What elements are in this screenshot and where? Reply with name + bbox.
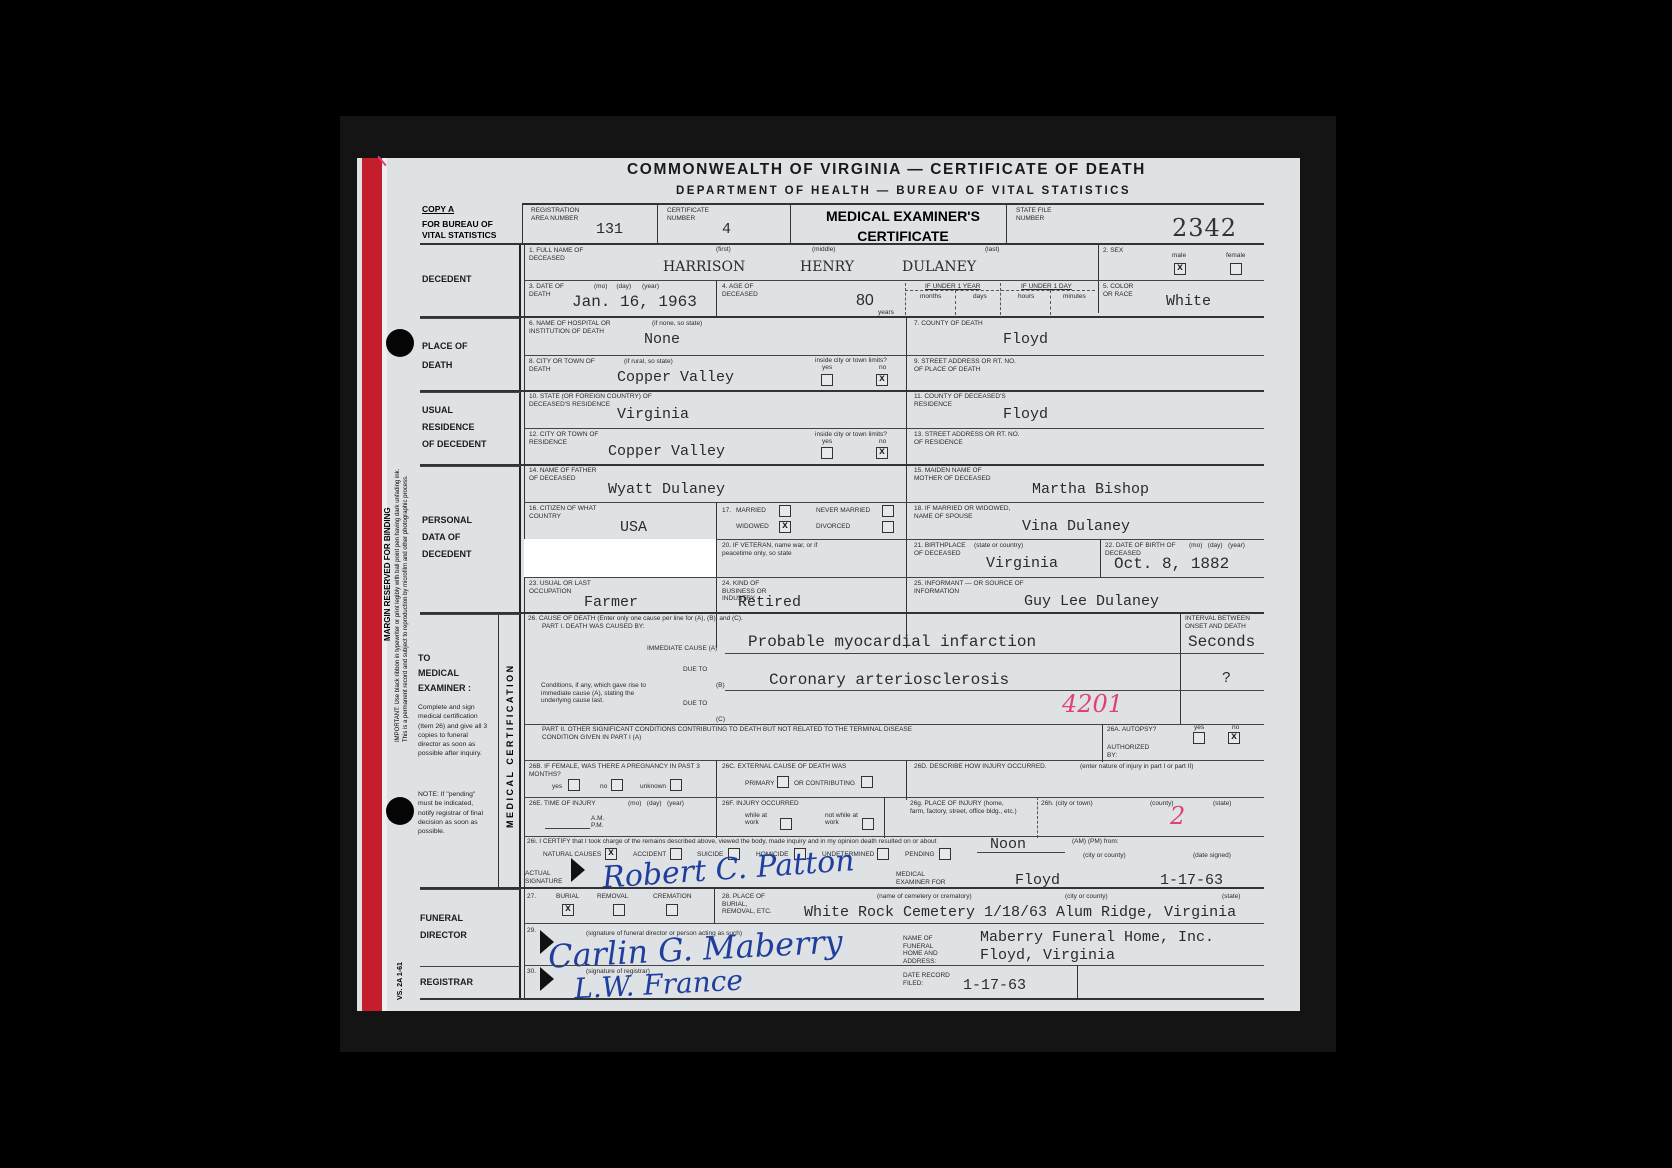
- rule: [1077, 965, 1078, 999]
- f26e-hints: (mo) (day) (year): [628, 800, 684, 807]
- rule: [1000, 283, 1001, 315]
- interval-b-value: ?: [1222, 670, 1231, 687]
- married-label: MARRIED: [736, 507, 766, 515]
- pregnancy-unknown-checkbox[interactable]: [670, 779, 682, 791]
- pregnancy-yes-checkbox[interactable]: [568, 779, 580, 791]
- copy-for-2: VITAL STATISTICS: [422, 230, 496, 240]
- rule: [524, 280, 1264, 281]
- time-of-death-value: Noon: [990, 836, 1026, 853]
- divorced-label: DIVORCED: [816, 523, 850, 531]
- rule: [1037, 797, 1038, 838]
- rule: [1180, 612, 1181, 724]
- autopsy-no-label: no: [1232, 724, 1239, 731]
- primary-checkbox[interactable]: [777, 776, 789, 788]
- interval-label: INTERVAL BETWEEN ONSET AND DEATH: [1185, 615, 1255, 630]
- contributing-checkbox[interactable]: [861, 776, 873, 788]
- section-decedent: DECEDENT: [422, 271, 472, 288]
- redacted-field: [524, 539, 716, 577]
- usual-residence-1: USUAL: [422, 402, 487, 419]
- personal-2: DATA OF: [422, 529, 472, 546]
- rule: [657, 203, 658, 243]
- f3-hints: (mo) (day) (year): [594, 283, 659, 290]
- to-me-3: EXAMINER :: [418, 681, 471, 696]
- birthplace-value: Virginia: [986, 555, 1058, 572]
- f26d-hint: (enter nature of injury in part I or par…: [1080, 763, 1193, 770]
- pregnancy-no-label: no: [600, 783, 607, 790]
- due-to-2: DUE TO: [683, 700, 707, 708]
- under-day-label: IF UNDER 1 DAY: [1021, 283, 1072, 290]
- rule: [524, 355, 1264, 356]
- rule: [498, 612, 499, 887]
- binding-strip: [362, 158, 382, 1011]
- rule: [420, 998, 1264, 1000]
- rule: [420, 318, 520, 319]
- rule: [1100, 539, 1101, 577]
- f26e-label: 26e. TIME OF INJURY: [529, 800, 596, 808]
- f8-limits-question: inside city or town limits?: [815, 357, 887, 364]
- f26h-city-label: 26h. (city or town): [1041, 800, 1093, 808]
- f26b-label: 26b. IF FEMALE, WAS THERE A PREGNANCY IN…: [529, 763, 709, 778]
- cause-code-annotation: 4201: [1062, 690, 1123, 718]
- margin-important-note: IMPORTANT: Use black ribbon in typewrite…: [395, 469, 401, 742]
- pending-label: PENDING: [905, 851, 935, 859]
- mother-name-value: Martha Bishop: [1032, 481, 1149, 498]
- rule: [420, 889, 520, 890]
- certificate-number-value: 4: [722, 221, 731, 238]
- rule: [420, 243, 1264, 245]
- f1-middle-hint: (middle): [812, 246, 835, 253]
- registration-area-value: 131: [596, 221, 623, 238]
- rule: [420, 612, 1264, 614]
- certificate-number-label: CERTIFICATE NUMBER: [667, 207, 727, 222]
- rule: [1180, 653, 1264, 654]
- rule: [714, 887, 715, 923]
- f12-no-checkbox[interactable]: x: [876, 447, 888, 459]
- burial-label: BURIAL: [556, 893, 579, 901]
- middle-name: HENRY: [800, 259, 854, 275]
- date-signed-hint: (date signed): [1193, 852, 1231, 859]
- f16-label: 16. CITIZEN OF WHAT COUNTRY: [529, 505, 599, 520]
- occupation-value: Farmer: [584, 594, 638, 611]
- rule: [905, 290, 1095, 291]
- registrar-signature-arrow-icon: [540, 967, 554, 991]
- rule: [1098, 243, 1099, 313]
- punch-hole: [386, 329, 414, 357]
- funeral-home-label: NAME OF FUNERAL HOME AND ADDRESS:: [903, 935, 953, 965]
- authorized-by-label: AUTHORIZED BY:: [1107, 744, 1157, 759]
- female-label: female: [1226, 252, 1246, 260]
- while-at-work-checkbox[interactable]: [780, 818, 792, 830]
- f14-label: 14. NAME OF FATHER OF DECEASED: [529, 467, 599, 482]
- residence-city-value: Copper Valley: [608, 443, 725, 460]
- cause-b-value: Coronary arteriosclerosis: [769, 671, 1009, 689]
- rule: [1050, 290, 1051, 315]
- copy-for-1: FOR BUREAU OF: [422, 219, 493, 229]
- hospital-value: None: [644, 331, 680, 348]
- due-to-1: DUE TO: [683, 666, 707, 674]
- f26g-label: 26g. PLACE OF INJURY (home, farm, factor…: [910, 800, 1020, 815]
- days-label: days: [973, 293, 987, 300]
- rule: [519, 243, 521, 999]
- section-to-me: TO MEDICAL EXAMINER :: [418, 651, 471, 696]
- f1-first-hint: (first): [716, 246, 731, 253]
- rule: [524, 577, 1264, 578]
- rule: [977, 852, 1065, 853]
- f12-yes-label: yes: [822, 438, 832, 445]
- form-type: MEDICAL EXAMINER'S CERTIFICATE: [800, 206, 1006, 246]
- form-type-line1: MEDICAL EXAMINER'S: [800, 206, 1006, 226]
- usual-residence-3: OF DECEDENT: [422, 436, 487, 453]
- f28-state-hint: (state): [1222, 893, 1240, 900]
- f6-hint: (if none, so state): [652, 320, 702, 327]
- widowed-checkbox[interactable]: x: [779, 521, 791, 533]
- sex-female-checkbox[interactable]: [1230, 263, 1242, 275]
- rule: [716, 760, 717, 838]
- f12-label: 12. CITY OR TOWN OF RESIDENCE: [529, 431, 599, 446]
- section-usual-residence: USUAL RESIDENCE OF DECEDENT: [422, 402, 487, 453]
- state-file-label: STATE FILE NUMBER: [1016, 207, 1056, 222]
- f26i-label: 26i. I CERTIFY that I took charge of the…: [527, 838, 997, 846]
- removal-checkbox[interactable]: [613, 904, 625, 916]
- divorced-checkbox[interactable]: [882, 521, 894, 533]
- registration-area-label: REGISTRATION AREA NUMBER: [531, 207, 591, 222]
- spouse-name-value: Vina Dulaney: [1022, 518, 1130, 535]
- rule: [420, 390, 1264, 392]
- residence-county-value: Floyd: [1003, 406, 1048, 423]
- f1-label: 1. FULL NAME OF DECEASED: [529, 247, 599, 262]
- f26d-label: 26d. DESCRIBE HOW INJURY OCCURRED.: [914, 763, 1047, 771]
- rule: [522, 203, 523, 243]
- rule: [524, 797, 1264, 798]
- rule: [524, 836, 1264, 837]
- f6-label: 6. NAME OF HOSPITAL OR INSTITUTION OF DE…: [529, 320, 619, 335]
- form-code: VS. 2A 1-61: [397, 962, 404, 1000]
- last-name: DULANEY: [902, 259, 976, 275]
- burial-checkbox[interactable]: x: [562, 904, 574, 916]
- f28-cemetery-hint: (name of cemetery or crematory): [877, 893, 972, 900]
- months-label: months: [920, 293, 941, 300]
- cremation-checkbox[interactable]: [666, 904, 678, 916]
- copy-label: COPY A: [422, 204, 454, 214]
- rule: [716, 502, 717, 648]
- cause-b-marker: (B): [716, 682, 725, 690]
- father-name-value: Wyatt Dulaney: [608, 481, 725, 498]
- personal-3: DECEDENT: [422, 546, 472, 563]
- injury-annotation: 2: [1170, 802, 1185, 830]
- rule: [420, 966, 520, 967]
- male-label: male: [1172, 252, 1186, 260]
- section-registrar: REGISTRAR: [420, 974, 473, 991]
- f9-label: 9. STREET ADDRESS OR RT. NO. OF PLACE OF…: [914, 358, 1024, 373]
- f26c-label: 26c. EXTERNAL CAUSE OF DEATH WAS: [722, 763, 846, 771]
- autopsy-yes-label: yes: [1194, 724, 1204, 731]
- state-file-value: 2342: [1172, 214, 1237, 242]
- document-subtitle: DEPARTMENT OF HEALTH — BUREAU OF VITAL S…: [676, 185, 1131, 197]
- rule: [524, 502, 1264, 503]
- f8-yes-checkbox[interactable]: [821, 374, 833, 386]
- f21-label: 21. BIRTHPLACE OF DECEASED: [914, 542, 974, 557]
- f13-label: 13. STREET ADDRESS OR RT. NO. OF RESIDEN…: [914, 431, 1024, 446]
- rule: [1006, 203, 1007, 243]
- section-place-of-death: PLACE OF DEATH: [422, 337, 468, 375]
- f12-yes-checkbox[interactable]: [821, 447, 833, 459]
- f11-label: 11. COUNTY OF DECEASED'S RESIDENCE: [914, 393, 1014, 408]
- sex-male-checkbox[interactable]: x: [1174, 263, 1186, 275]
- contributing-label: or CONTRIBUTING: [794, 780, 855, 788]
- minutes-label: minutes: [1063, 293, 1086, 300]
- county-of-death-value: Floyd: [1003, 331, 1048, 348]
- punch-hole: [386, 797, 414, 825]
- f23-label: 23. USUAL OR LAST OCCUPATION: [529, 580, 599, 595]
- rule: [420, 316, 1264, 318]
- rule: [905, 283, 906, 315]
- under-year-label: IF UNDER 1 YEAR: [925, 283, 981, 290]
- rule: [524, 428, 1264, 429]
- f12-no-label: no: [879, 438, 886, 445]
- document-title: COMMONWEALTH OF VIRGINIA — CERTIFICATE O…: [627, 161, 1146, 179]
- pregnancy-yes-label: yes: [552, 783, 562, 790]
- f8-label: 8. CITY OR TOWN OF DEATH: [529, 358, 599, 373]
- autopsy-yes-checkbox[interactable]: [1193, 732, 1205, 744]
- natural-causes-checkbox[interactable]: x: [605, 848, 617, 860]
- primary-label: PRIMARY: [745, 780, 775, 788]
- rule: [545, 828, 590, 829]
- f18-label: 18. IF MARRIED OR WIDOWED, NAME OF SPOUS…: [914, 505, 1024, 520]
- widowed-label: WIDOWED: [736, 523, 769, 531]
- business-value: Retired: [738, 594, 801, 611]
- to-me-note: Complete and sign medical certification …: [418, 703, 492, 759]
- place-of-death-1: PLACE OF: [422, 337, 468, 356]
- autopsy-no-checkbox[interactable]: x: [1228, 732, 1240, 744]
- f7-label: 7. COUNTY OF DEATH: [914, 320, 984, 328]
- not-while-at-work-checkbox[interactable]: [862, 818, 874, 830]
- rule: [420, 464, 1264, 466]
- f2-label: 2. SEX: [1103, 247, 1123, 255]
- f26-header: 26. CAUSE OF DEATH (Enter only one cause…: [528, 615, 1108, 623]
- married-checkbox[interactable]: [779, 505, 791, 517]
- interval-a-value: Seconds: [1188, 633, 1255, 651]
- pregnancy-no-checkbox[interactable]: [611, 779, 623, 791]
- age-value: 80: [856, 292, 874, 310]
- f21-hint: (state or country): [974, 542, 1023, 549]
- funeral-home-line1: Maberry Funeral Home, Inc.: [980, 929, 1214, 946]
- rule: [524, 965, 1264, 966]
- date-filed-label: DATE RECORD FILED:: [903, 972, 953, 987]
- f8-no-label: no: [879, 364, 886, 371]
- citizenship-value: USA: [620, 519, 647, 536]
- rule: [420, 614, 520, 615]
- rule: [716, 280, 717, 316]
- f28-city-hint: (city or county): [1065, 893, 1108, 900]
- section-funeral-director: FUNERAL DIRECTOR: [420, 910, 467, 944]
- rule: [906, 760, 907, 800]
- rule: [884, 797, 885, 838]
- never-married-label: NEVER MARRIED: [816, 507, 870, 515]
- cause-a-line: [725, 653, 1180, 654]
- pending-checkbox[interactable]: [939, 848, 951, 860]
- never-married-checkbox[interactable]: [882, 505, 894, 517]
- f27-label: 27.: [527, 893, 536, 901]
- me-for-label: MEDICAL EXAMINER FOR: [896, 871, 946, 886]
- not-while-at-work-label: not while at work: [825, 812, 859, 826]
- first-name: HARRISON: [663, 259, 745, 275]
- f26h-state-label: (state): [1213, 800, 1231, 808]
- place-of-burial-value: White Rock Cemetery 1/18/63 Alum Ridge, …: [804, 904, 1236, 921]
- autopsy-label: 26a. AUTOPSY?: [1107, 726, 1156, 734]
- part1-label: PART I. DEATH WAS CAUSED BY:: [542, 623, 645, 631]
- undetermined-checkbox[interactable]: [877, 848, 889, 860]
- while-at-work-label: while at work: [745, 812, 775, 826]
- f5-label: 5. COLOR OR RACE: [1103, 283, 1143, 298]
- rule: [420, 466, 520, 467]
- rule: [522, 203, 1264, 205]
- rule: [955, 290, 956, 315]
- f20-label: 20. IF VETERAN, name war, or if peacetim…: [722, 542, 832, 557]
- rule: [906, 316, 907, 392]
- f26f-label: 26f. INJURY OCCURRED: [722, 800, 799, 808]
- f22-hints: (mo) (day) (year): [1189, 542, 1245, 549]
- residence-state-value: Virginia: [617, 406, 689, 423]
- usual-residence-2: RESIDENCE: [422, 419, 487, 436]
- rule: [1180, 690, 1264, 691]
- rule: [524, 243, 525, 999]
- part2-label: PART II. OTHER SIGNIFICANT CONDITIONS CO…: [542, 726, 942, 741]
- f28-label: 28. PLACE OF BURIAL, REMOVAL, ETC.: [722, 893, 777, 916]
- removal-label: REMOVAL: [597, 893, 628, 901]
- f8-yes-label: yes: [822, 364, 832, 371]
- actual-signature-label: ACTUAL SIGNATURE: [525, 870, 565, 885]
- hours-label: hours: [1018, 293, 1034, 300]
- cremation-label: CREMATION: [653, 893, 692, 901]
- rule: [524, 724, 1264, 725]
- to-me-1: TO: [418, 651, 471, 666]
- cause-c-marker: (C): [716, 716, 725, 724]
- f12-limits-question: inside city or town limits?: [815, 431, 887, 438]
- f8-hint: (if rural, so state): [624, 358, 673, 365]
- pending-note: NOTE: If "pending" must be indicated, no…: [418, 790, 490, 836]
- f8-no-checkbox[interactable]: x: [876, 374, 888, 386]
- rule: [420, 392, 520, 393]
- f30-label: 30.: [527, 968, 536, 976]
- to-me-2: MEDICAL: [418, 666, 471, 681]
- f29-label: 29.: [527, 927, 536, 935]
- f25-label: 25. INFORMANT — OR SOURCE OF INFORMATION: [914, 580, 1024, 595]
- f3-label: 3. DATE OF DEATH: [529, 283, 569, 298]
- margin-permanent-note: This is a permanent record and subject t…: [403, 475, 409, 742]
- informant-value: Guy Lee Dulaney: [1024, 593, 1159, 610]
- race-value: White: [1166, 293, 1211, 310]
- f15-label: 15. MAIDEN NAME OF MOTHER OF DECEASED: [914, 467, 1004, 482]
- medical-certification-vertical: MEDICAL CERTIFICATION: [505, 663, 515, 828]
- am-label: A.M.: [591, 815, 604, 822]
- immediate-cause-label: IMMEDIATE CAUSE (A): [647, 645, 717, 653]
- f4-label: 4. AGE OF DECEASED: [722, 283, 772, 298]
- f1-last-hint: (last): [985, 246, 999, 253]
- funeral-2: DIRECTOR: [420, 927, 467, 944]
- pm-label: P.M.: [591, 822, 604, 829]
- section-personal-data: PERSONAL DATA OF DECEDENT: [422, 512, 472, 563]
- pregnancy-unknown-label: unknown: [640, 783, 666, 790]
- cause-a-value: Probable myocardial infarction: [748, 633, 1036, 651]
- date-of-death: Jan. 16, 1963: [572, 293, 697, 311]
- place-of-death-2: DEATH: [422, 356, 468, 375]
- conditions-note: Conditions, if any, which gave rise to i…: [541, 682, 651, 705]
- rule: [420, 887, 1264, 889]
- age-years-unit: years: [878, 309, 894, 316]
- rule: [1102, 724, 1103, 762]
- rule: [524, 760, 1264, 761]
- ampm-from-label: (AM) (PM) from:: [1072, 838, 1119, 845]
- city-of-death-value: Copper Valley: [617, 369, 734, 386]
- certify-city-county-hint: (city or county): [1083, 852, 1126, 859]
- margin-reserved-title: MARGIN RESERVED FOR BINDING: [383, 507, 392, 641]
- date-filed-value: 1-17-63: [963, 977, 1026, 994]
- f17-label: 17.: [722, 507, 731, 515]
- date-of-birth-value: Oct. 8, 1882: [1114, 555, 1229, 573]
- rule: [524, 923, 1264, 924]
- funeral-home-line2: Floyd, Virginia: [980, 947, 1115, 964]
- personal-1: PERSONAL: [422, 512, 472, 529]
- funeral-1: FUNERAL: [420, 910, 467, 927]
- signature-arrow-icon: [571, 858, 585, 882]
- rule: [790, 203, 791, 243]
